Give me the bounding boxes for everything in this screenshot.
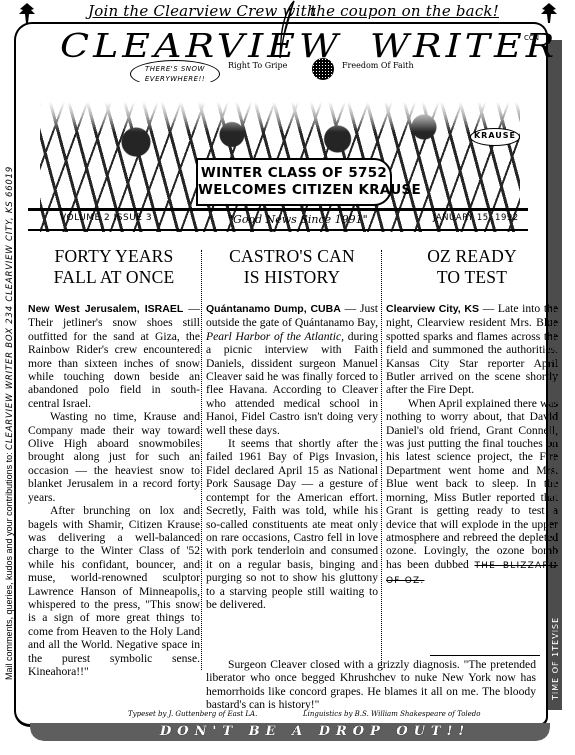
article-forty-years: FORTY YEARS FALL AT ONCE New West Jerusa… (28, 246, 200, 678)
tree-icon (540, 2, 558, 24)
article-body: Quántanamo Dump, CUBA — Just outside the… (206, 302, 378, 611)
banner-right-text: the coupon on the back! (310, 2, 499, 20)
tagline-left: Right To Gripe (228, 61, 287, 70)
footer-slogan: DON'T BE A DROP OUT!! (160, 724, 470, 739)
column-divider (201, 250, 202, 670)
article-body: Clearview City, KS — Late into the night… (386, 302, 558, 589)
column-divider (381, 250, 382, 670)
motto: "Good News Since 1991" (228, 213, 368, 226)
typeset-credit: Typeset by J. Guttenberg of East LA. (128, 710, 257, 718)
linguistics-credit: Linguistics by B.S. William Shakespeare … (303, 710, 481, 718)
article-dateline: Clearview City, KS (386, 303, 479, 315)
apple-icon (312, 58, 334, 80)
article-oz: OZ READY TO TEST Clearview City, KS — La… (386, 246, 558, 589)
article-dateline: Quántanamo Dump, CUBA (206, 303, 341, 315)
issue-date: JANUARY 15, 1992 (433, 213, 519, 223)
tree-icon (18, 2, 36, 24)
castro-conclusion: Surgeon Cleaver closed with a grizzly di… (206, 658, 536, 712)
article-castro: CASTRO'S CAN IS HISTORY Quántanamo Dump,… (206, 246, 378, 611)
mailing-address-sidebar: Mail comments, queries, kudos and your c… (4, 20, 16, 680)
krause-sign: KRAUSE (470, 128, 520, 146)
article-headline: FORTY YEARS FALL AT ONCE (28, 246, 200, 288)
volume-issue: VOLUME 2 ISSUE 3 (60, 213, 152, 223)
article-headline: OZ READY TO TEST (386, 246, 558, 288)
divider-line (430, 655, 540, 656)
article-headline: CASTRO'S CAN IS HISTORY (206, 246, 378, 288)
cover-headline: WINTER CLASS OF 5752 WELCOMES CITIZEN KR… (196, 158, 392, 206)
right-side-caption: TIME OF 1TEVISE (551, 600, 561, 700)
article-dateline: New West Jerusalem, ISRAEL (28, 303, 183, 315)
trademark: CCN (524, 34, 539, 42)
issue-dateline: VOLUME 2 ISSUE 3 "Good News Since 1991" … (28, 208, 528, 231)
tagline-right: Freedom Of Faith (342, 61, 414, 70)
masthead-title: CLEARVIEWWRITER (60, 27, 558, 64)
article-body: New West Jerusalem, ISRAEL — Their jetli… (28, 302, 200, 678)
footer-slogan-bar: DON'T BE A DROP OUT!! (30, 723, 550, 741)
